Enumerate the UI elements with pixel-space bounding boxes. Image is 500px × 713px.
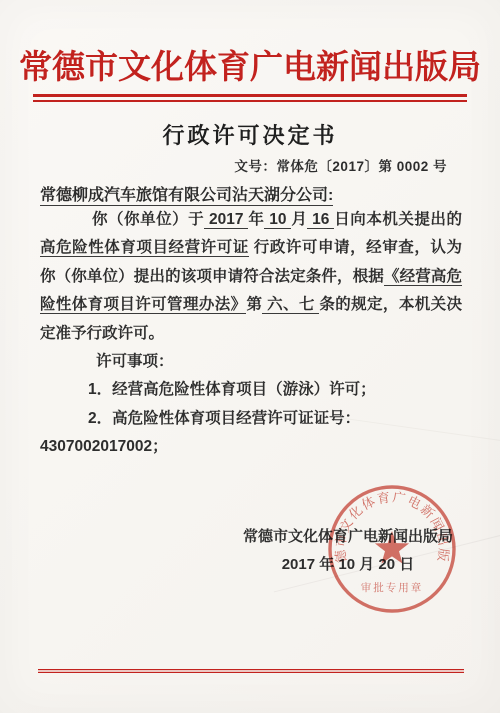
- body-text-run: 你（你单位）于: [92, 211, 204, 228]
- license-items-heading: 许可事项：: [40, 348, 462, 376]
- filled-blank-text: 2017: [204, 211, 248, 229]
- document-title: 行政许可决定书: [0, 119, 500, 150]
- license-item-1: 1．经营高危险性体育项目（游泳）许可；: [40, 376, 462, 404]
- decision-paragraph: 你（你单位）于 2017 年 10 月 16 日向本机关提出的 高危险性体育项目…: [40, 206, 462, 348]
- official-red-seal: 常德市文化体育广电新闻出版局 审批专用章: [319, 476, 465, 622]
- filled-blank-text: 16: [307, 211, 334, 229]
- footer-red-double-rule: [38, 669, 464, 673]
- issuing-bureau-title: 常德市文化体育广电新闻出版局: [0, 48, 500, 88]
- recipient-name-text: 常德柳成汽车旅馆有限公司沾天湖分公司:: [40, 187, 333, 206]
- scanned-document-page: 常德市文化体育广电新闻出版局 行政许可决定书 文号：常体危〔2017〕第 000…: [0, 0, 500, 713]
- seal-bottom-text: 审批专用章: [361, 581, 424, 594]
- header-red-double-rule: [33, 94, 467, 102]
- body-text-run: 月: [291, 211, 307, 228]
- body-text-run: 日向本机关提出的: [334, 211, 462, 228]
- filled-blank-text: 高危险性体育项目经营许可证: [40, 239, 249, 257]
- recipient-name: 常德柳成汽车旅馆有限公司沾天湖分公司:: [40, 182, 333, 205]
- body-text-run: 第: [246, 296, 262, 313]
- body-text-run: 年: [248, 211, 264, 228]
- license-item-2: 2．高危险性体育项目经营许可证证号：4307002017002；: [40, 405, 462, 462]
- filled-blank-text: 六、七: [262, 296, 319, 314]
- filled-blank-text: 10: [264, 211, 291, 229]
- seal-star-icon: [375, 531, 409, 564]
- document-body: 你（你单位）于 2017 年 10 月 16 日向本机关提出的 高危险性体育项目…: [40, 206, 462, 462]
- document-reference-number: 文号：常体危〔2017〕第 0002 号: [234, 155, 447, 175]
